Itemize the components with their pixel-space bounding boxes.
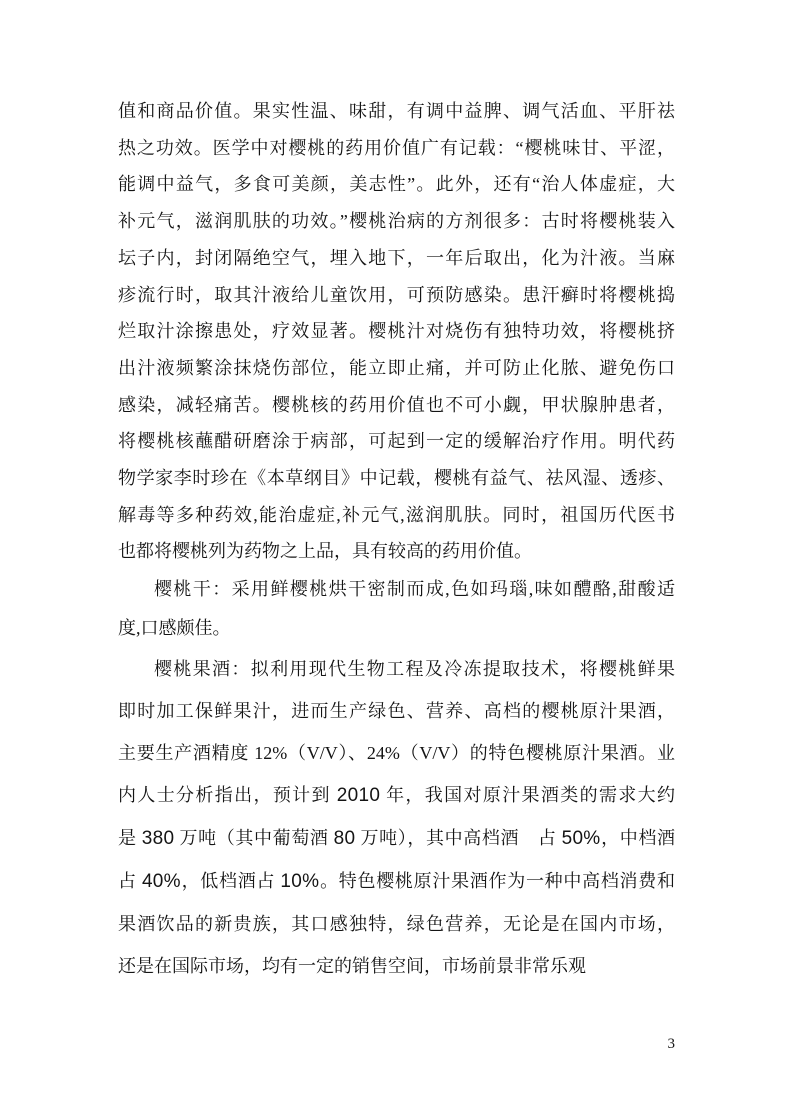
document-page: 值和商品价值。果实性温、味甜，有调中益脾、调气活血、平肝祛热之功效。医学中对樱桃… [0,0,792,1120]
cherry-medicinal-value-paragraph: 值和商品价值。果实性温、味甜，有调中益脾、调气活血、平肝祛热之功效。医学中对樱桃… [118,93,675,570]
text-run: 万吨），其中高档酒 占 [355,828,561,848]
text-line: 补元气，滋润肌肤的功效。”樱桃治病的方剂很多：古时将樱桃装入 [118,203,675,240]
dried-cherry-paragraph: 樱桃干：采用鲜樱桃烘干密制而成,色如玛瑙,味如醴酪,甜酸适度,口感颇佳。 [118,570,675,648]
text-run: 出汁液频繁涂抹烧伤部位，能立即止痛，并可防止化脓、避免伤口 [118,358,675,378]
text-line: 出汁液频繁涂抹烧伤部位，能立即止痛，并可防止化脓、避免伤口 [118,350,675,387]
text-line: 感染，减轻痛苦。樱桃核的药用价值也不可小觑，甲状腺肿患者， [118,387,675,424]
text-run: 果酒饮品的新贵族，其口感独特，绿色营养，无论是在国内市场， [118,914,675,934]
text-run: 解毒等多种药效,能治虚症,补元气,滋润肌肤。同时，祖国历代医书 [118,505,675,525]
text-line: 值和商品价值。果实性温、味甜，有调中益脾、调气活血、平肝祛 [118,93,675,130]
text-line: 坛子内，封闭隔绝空气，埋入地下，一年后取出，化为汁液。当麻 [118,240,675,277]
page-number: 3 [668,1036,676,1053]
text-line: 还是在国际市场，均有一定的销售空间，市场前景非常乐观 [118,945,675,987]
text-line: 即时加工保鲜果汁，进而生产绿色、营养、高档的樱桃原汁果酒， [118,690,675,732]
text-run: 度,口感颇佳。 [118,618,231,638]
text-run: ，中档酒 [601,828,676,848]
text-line: 能调中益气，多食可美颜，美志性”。此外，还有“治人体虚症，大 [118,166,675,203]
text-run: 疹流行时，取其汁液给儿童饮用，可预防感染。患汗癣时将樱桃捣 [118,285,675,305]
text-run: 还是在国际市场，均有一定的销售空间，市场前景非常乐观 [118,956,586,976]
numeric-text-run: 50% [562,828,601,849]
numeric-text-run: 380 [142,828,175,849]
text-line: 主要生产酒精度 12%（V/V）、24%（V/V）的特色樱桃原汁果酒。业 [118,732,675,774]
text-line: 烂取汁涂擦患处，疗效显著。樱桃汁对烧伤有独特功效，将樱桃挤 [118,313,675,350]
text-line: 也都将樱桃列为药物之上品，具有较高的药用价值。 [118,533,675,570]
text-run: 也都将樱桃列为药物之上品，具有较高的药用价值。 [118,541,532,561]
text-run: 内人士分析指出，预计到 [118,785,337,805]
text-run: 年，我国对原汁果酒类的需求大约 [380,785,675,805]
text-run: 是 [118,828,142,848]
text-line: 将樱桃核蘸醋研磨涂于病部，可起到一定的缓解治疗作用。明代药 [118,423,675,460]
text-line: 樱桃果酒：拟利用现代生物工程及冷冻提取技术，将樱桃鲜果 [118,648,675,690]
text-run: 樱桃果酒：拟利用现代生物工程及冷冻提取技术，将樱桃鲜果 [154,659,675,679]
text-run: 能调中益气，多食可美颜，美志性”。此外，还有“治人体虚症，大 [118,174,675,194]
text-line: 樱桃干：采用鲜樱桃烘干密制而成,色如玛瑙,味如醴酪,甜酸适 [118,570,675,609]
text-run: 值和商品价值。果实性温、味甜，有调中益脾、调气活血、平肝祛 [118,101,675,121]
text-run: 。特色樱桃原汁果酒作为一种中高档消费和 [319,871,675,891]
text-run: 坛子内，封闭隔绝空气，埋入地下，一年后取出，化为汁液。当麻 [118,248,675,268]
text-line: 占 40%，低档酒占 10%。特色樱桃原汁果酒作为一种中高档消费和 [118,860,675,903]
numeric-text-run: 10% [280,871,319,892]
text-run: 万吨（其中葡萄酒 [174,828,333,848]
text-line: 疹流行时，取其汁液给儿童饮用，可预防感染。患汗癣时将樱桃捣 [118,277,675,314]
document-body: 值和商品价值。果实性温、味甜，有调中益脾、调气活血、平肝祛热之功效。医学中对樱桃… [118,93,675,987]
text-line: 度,口感颇佳。 [118,609,675,648]
text-line: 果酒饮品的新贵族，其口感独特，绿色营养，无论是在国内市场， [118,903,675,945]
text-line: 物学家李时珍在《本草纲目》中记载，樱桃有益气、祛风湿、透疹、 [118,460,675,497]
numeric-text-run: 80 [334,828,356,849]
text-line: 解毒等多种药效,能治虚症,补元气,滋润肌肤。同时，祖国历代医书 [118,497,675,534]
text-line: 是 380 万吨（其中葡萄酒 80 万吨），其中高档酒 占 50%，中档酒 [118,817,675,860]
cherry-wine-paragraph: 樱桃果酒：拟利用现代生物工程及冷冻提取技术，将樱桃鲜果即时加工保鲜果汁，进而生产… [118,648,675,987]
text-run: 感染，减轻痛苦。樱桃核的药用价值也不可小觑，甲状腺肿患者， [118,395,675,415]
numeric-text-run: 40% [142,871,181,892]
text-run: ，低档酒占 [181,871,281,891]
text-run: 樱桃干：采用鲜樱桃烘干密制而成,色如玛瑙,味如醴酪,甜酸适 [154,579,675,599]
text-run: 即时加工保鲜果汁，进而生产绿色、营养、高档的樱桃原汁果酒， [118,701,675,721]
text-run: 补元气，滋润肌肤的功效。”樱桃治病的方剂很多：古时将樱桃装入 [118,211,675,231]
numeric-text-run: 2010 [337,785,380,806]
text-run: 烂取汁涂擦患处，疗效显著。樱桃汁对烧伤有独特功效，将樱桃挤 [118,321,675,341]
text-line: 热之功效。医学中对樱桃的药用价值广有记载：“樱桃味甘、平涩， [118,130,675,167]
text-run: 占 [118,871,142,891]
text-run: 物学家李时珍在《本草纲目》中记载，樱桃有益气、祛风湿、透疹、 [118,468,675,488]
text-run: 主要生产酒精度 12%（V/V）、24%（V/V）的特色樱桃原汁果酒。业 [118,743,675,763]
text-line: 内人士分析指出，预计到 2010 年，我国对原汁果酒类的需求大约 [118,774,675,817]
text-run: 将樱桃核蘸醋研磨涂于病部，可起到一定的缓解治疗作用。明代药 [118,431,675,451]
text-run: 热之功效。医学中对樱桃的药用价值广有记载：“樱桃味甘、平涩， [118,138,675,158]
